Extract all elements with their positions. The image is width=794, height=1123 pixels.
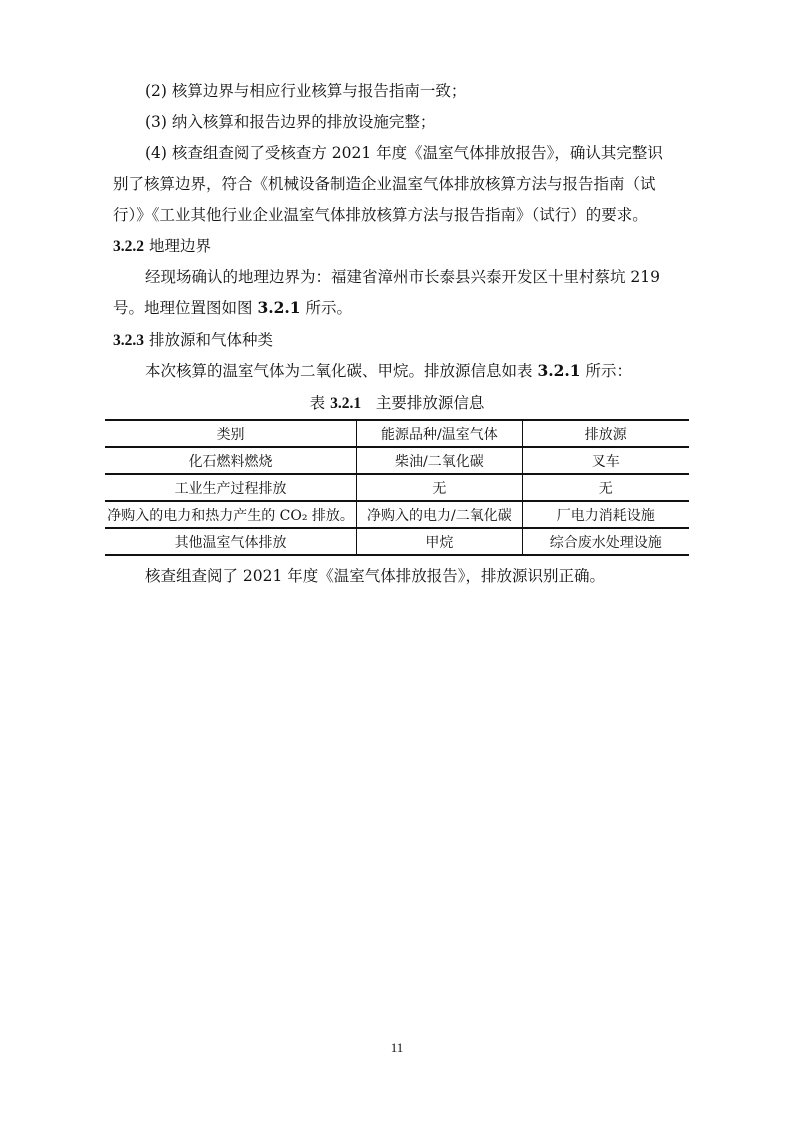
text-fragment: 本次核算的温室气体为二氧化碳、甲烷。排放源信息如表 bbox=[145, 362, 537, 380]
table-row: 工业生产过程排放 无 无 bbox=[105, 474, 689, 501]
emission-sources-table: 类别 能源品种/温室气体 排放源 化石燃料燃烧 柴油/二氧化碳 叉车 工业生产过… bbox=[105, 419, 689, 556]
geographic-boundary-text-line-1: 经现场确认的地理边界为：福建省漳州市长泰县兴泰开发区十里村蔡坑 219 bbox=[145, 267, 660, 287]
table-cell: 无 bbox=[357, 474, 522, 501]
table-row: 净购入的电力和热力产生的 CO₂ 排放。 净购入的电力/二氧化碳 厂电力消耗设施 bbox=[105, 501, 689, 528]
table-header-energy-gas: 能源品种/温室气体 bbox=[357, 420, 522, 447]
text-fragment: 所示。 bbox=[301, 299, 352, 317]
table-row: 其他温室气体排放 甲烷 综合废水处理设施 bbox=[105, 528, 689, 555]
text-fragment: 号。地理位置图如图 bbox=[113, 299, 257, 317]
table-header-row: 类别 能源品种/温室气体 排放源 bbox=[105, 420, 689, 447]
table-cell: 净购入的电力和热力产生的 CO₂ 排放。 bbox=[105, 501, 357, 528]
table-header-source: 排放源 bbox=[522, 420, 689, 447]
conclusion-paragraph: 核查组查阅了 2021 年度《温室气体排放报告》，排放源识别正确。 bbox=[145, 566, 605, 586]
paragraph-item-3: (3) 纳入核算和报告边界的排放设施完整； bbox=[145, 112, 435, 132]
section-number: 3.2.3 bbox=[113, 332, 144, 349]
caption-prefix: 表 bbox=[310, 394, 330, 412]
caption-number: 3.2.1 bbox=[330, 395, 361, 412]
section-heading-geographic-boundary: 3.2.2 地理边界 bbox=[113, 236, 211, 257]
table-cell: 叉车 bbox=[522, 447, 689, 474]
geographic-boundary-text-line-2: 号。地理位置图如图 3.2.1 所示。 bbox=[113, 298, 352, 318]
paragraph-item-4-line-2: 别了核算边界，符合《机械设备制造企业温室气体排放核算方法与报告指南（试 bbox=[113, 174, 656, 194]
table-cell: 其他温室气体排放 bbox=[105, 528, 357, 555]
paragraph-item-2: (2) 核算边界与相应行业核算与报告指南一致； bbox=[145, 81, 466, 101]
table-header-category: 类别 bbox=[105, 420, 357, 447]
caption-title: 主要排放源信息 bbox=[376, 394, 485, 412]
table-row: 化石燃料燃烧 柴油/二氧化碳 叉车 bbox=[105, 447, 689, 474]
table-cell: 化石燃料燃烧 bbox=[105, 447, 357, 474]
table-cell: 甲烷 bbox=[357, 528, 522, 555]
table-cell: 净购入的电力/二氧化碳 bbox=[357, 501, 522, 528]
page-number: 11 bbox=[0, 1040, 794, 1056]
table-reference: 3.2.1 bbox=[537, 361, 580, 380]
table-cell: 综合废水处理设施 bbox=[522, 528, 689, 555]
section-heading-emission-sources: 3.2.3 排放源和气体种类 bbox=[113, 330, 273, 351]
table-caption: 表 3.2.1 主要排放源信息 bbox=[0, 393, 794, 414]
section-title: 排放源和气体种类 bbox=[149, 331, 273, 349]
figure-reference: 3.2.1 bbox=[257, 298, 300, 317]
text-fragment: 所示： bbox=[581, 362, 632, 380]
section-title: 地理边界 bbox=[149, 237, 211, 255]
table-cell: 工业生产过程排放 bbox=[105, 474, 357, 501]
table-cell: 厂电力消耗设施 bbox=[522, 501, 689, 528]
section-number: 3.2.2 bbox=[113, 238, 144, 255]
document-page: (2) 核算边界与相应行业核算与报告指南一致； (3) 纳入核算和报告边界的排放… bbox=[0, 0, 794, 1123]
table-cell: 柴油/二氧化碳 bbox=[357, 447, 522, 474]
emission-sources-intro: 本次核算的温室气体为二氧化碳、甲烷。排放源信息如表 3.2.1 所示： bbox=[145, 361, 632, 381]
table-cell: 无 bbox=[522, 474, 689, 501]
paragraph-item-4-line-3: 行）》《工业其他行业企业温室气体排放核算方法与报告指南》（试行）的要求。 bbox=[113, 205, 648, 225]
paragraph-item-4-line-1: (4) 核查组查阅了受核查方 2021 年度《温室气体排放报告》，确认其完整识 bbox=[145, 143, 663, 163]
